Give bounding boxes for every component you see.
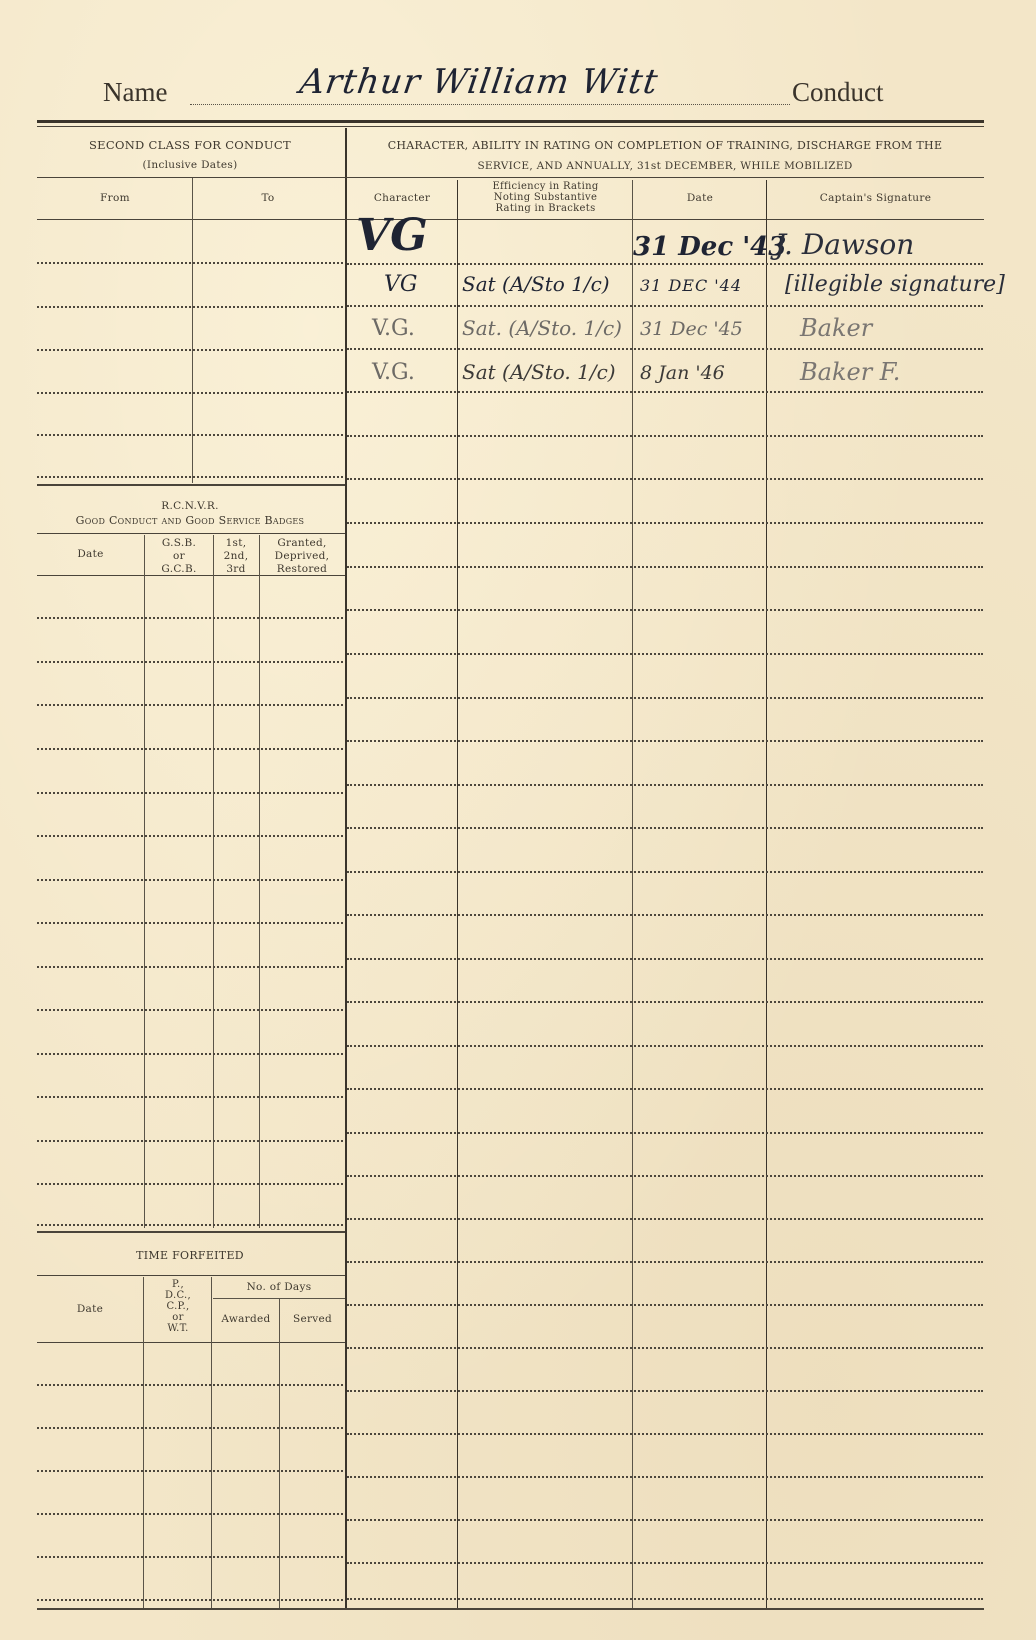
order-line: 1st, [213,537,259,550]
col-from: From [40,192,190,205]
badges-col-date: Date [37,548,144,561]
character-row-line [347,1347,983,1349]
tf-divider-2 [211,1277,212,1609]
character-row-line [347,263,983,265]
time-forfeited-title: TIME FORFEITED [40,1249,340,1262]
character-row-line [347,697,983,699]
badge-row [37,661,343,663]
character-row-line [347,435,983,437]
bottom-rule [37,1608,984,1610]
top-rule-2 [37,126,984,127]
tf-col-served: Served [280,1313,345,1326]
char-divider-1 [457,180,458,1610]
granted-line: Deprived, [260,550,344,563]
character-row-line [347,566,983,568]
badges-title-1: R.C.N.V.R. [40,500,340,513]
character-row-line [347,1390,983,1392]
col-captains-signature: Captain's Signature [768,192,983,205]
badges-bottom-rule [37,1231,345,1233]
character-row-line [347,1304,983,1306]
badge-row [37,792,343,794]
entry-4-character: V.G. [372,360,415,385]
second-class-row [37,392,343,394]
entry-3-signature: Baker [800,314,872,342]
character-row-line [347,1433,983,1435]
character-row-line [347,958,983,960]
entry-2-character: VG [384,272,417,297]
badge-row [37,617,343,619]
second-class-row [37,476,343,478]
tf-row [37,1556,343,1558]
badge-row [37,704,343,706]
badges-divider-1 [144,535,145,1228]
character-row-line [347,871,983,873]
entry-3-efficiency: Sat. (A/Sto. 1/c) [462,316,622,340]
name-label: Name [103,77,167,108]
efficiency-line: Noting Substantive [459,192,632,203]
entry-1-signature: J. Dawson [775,228,914,261]
name-dotted-line [190,104,790,105]
badges-col-granted: Granted, Deprived, Restored [260,537,344,576]
tf-row [37,1513,343,1515]
character-row-line [347,827,983,829]
second-class-row [37,434,343,436]
character-row-line [347,1132,983,1134]
order-line: 2nd, [213,550,259,563]
entry-4-date: 8 Jan '46 [640,362,725,384]
badge-row [37,1096,343,1098]
time-forfeited-header-rule [37,1275,345,1276]
character-header-rule [345,177,984,178]
entry-4-efficiency: Sat (A/Sto. 1/c) [462,360,616,384]
badges-title-2: Good Conduct and Good Service Badges [40,514,340,527]
pdc-line: P., [144,1279,212,1290]
tf-row [37,1384,343,1386]
badge-row [37,879,343,881]
badges-divider-2 [213,535,214,1228]
character-row-line [347,391,983,393]
entry-2-signature: [illegible signature] [785,272,1005,297]
tf-col-days: No. of Days [213,1281,345,1294]
entry-2-date: 31 DEC '44 [640,276,742,295]
character-row-line [347,1045,983,1047]
col-efficiency: Efficiency in Rating Noting Substantive … [459,181,632,214]
character-row-line [347,914,983,916]
character-row-line [347,1175,983,1177]
tf-divider-1 [143,1277,144,1609]
character-title-2: SERVICE, AND ANNUALLY, 31st DECEMBER, WH… [347,160,983,173]
character-title-1: CHARACTER, ABILITY IN RATING ON COMPLETI… [347,139,983,152]
char-divider-2 [632,180,633,1610]
efficiency-line: Rating in Brackets [459,203,632,214]
character-row-line [347,1261,983,1263]
tf-col-rule [37,1342,345,1343]
col-to: To [193,192,343,205]
character-row-line [347,1519,983,1521]
character-row-line [347,1218,983,1220]
badge-row [37,1053,343,1055]
entry-3-character: V.G. [372,316,415,341]
tf-row [37,1470,343,1472]
badge-row [37,1183,343,1185]
badge-row [37,922,343,924]
character-row-line [347,1476,983,1478]
second-class-row [37,349,343,351]
second-class-row [37,306,343,308]
badges-col-gsb: G.S.B. or G.C.B. [145,537,213,576]
second-class-row [37,262,343,264]
badges-divider-3 [259,535,260,1228]
second-class-header-rule [37,177,345,178]
tf-divider-3 [279,1299,280,1609]
pdc-line: C.P., [144,1301,212,1312]
character-row-line [347,1088,983,1090]
character-row-line [347,1562,983,1564]
tf-col-pdc: P., D.C., C.P., or W.T. [144,1279,212,1334]
badge-row [37,748,343,750]
badge-row [37,1224,343,1226]
conduct-label: Conduct [792,77,884,108]
character-row-line [347,609,983,611]
entry-1-character: VG [356,210,428,261]
second-class-col-rule [37,219,345,220]
name-value: Arthur William Witt [297,62,661,102]
pdc-line: D.C., [144,1290,212,1301]
entry-3-date: 31 Dec '45 [640,318,743,340]
badge-row [37,1140,343,1142]
efficiency-line: Efficiency in Rating [459,181,632,192]
gsb-line: or [145,550,213,563]
character-row-line [347,1001,983,1003]
badge-row [37,835,343,837]
entry-1-date: 31 Dec '43 [633,232,786,262]
main-divider [345,128,347,1610]
character-row-line [347,348,983,350]
character-row-line [347,653,983,655]
character-row-line [347,522,983,524]
character-row-line [347,740,983,742]
tf-col-awarded: Awarded [213,1313,279,1326]
character-row-line [347,1598,983,1600]
badge-row [37,966,343,968]
from-to-divider [192,178,193,483]
pdc-line: or [144,1312,212,1323]
badges-col-rule [37,575,345,576]
character-row-line [347,305,983,307]
granted-line: Granted, [260,537,344,550]
col-character: Character [347,192,457,205]
tf-col-date: Date [37,1303,143,1316]
character-row-line [347,478,983,480]
gsb-line: G.S.B. [145,537,213,550]
character-col-rule [345,219,984,220]
second-class-subtitle: (Inclusive Dates) [40,159,340,172]
second-class-title: SECOND CLASS FOR CONDUCT [40,139,340,152]
entry-4-signature: Baker F. [800,358,900,386]
character-row-line [347,784,983,786]
tf-row [37,1599,343,1601]
col-date: Date [634,192,766,205]
pdc-line: W.T. [144,1323,212,1334]
badges-header-rule [37,533,345,534]
top-rule [37,120,984,123]
tf-row [37,1427,343,1429]
badges-col-order: 1st, 2nd, 3rd [213,537,259,576]
entry-2-efficiency: Sat (A/Sto 1/c) [462,272,610,296]
char-divider-3 [766,180,767,1610]
badge-row [37,1009,343,1011]
second-class-bottom-rule [37,484,345,486]
